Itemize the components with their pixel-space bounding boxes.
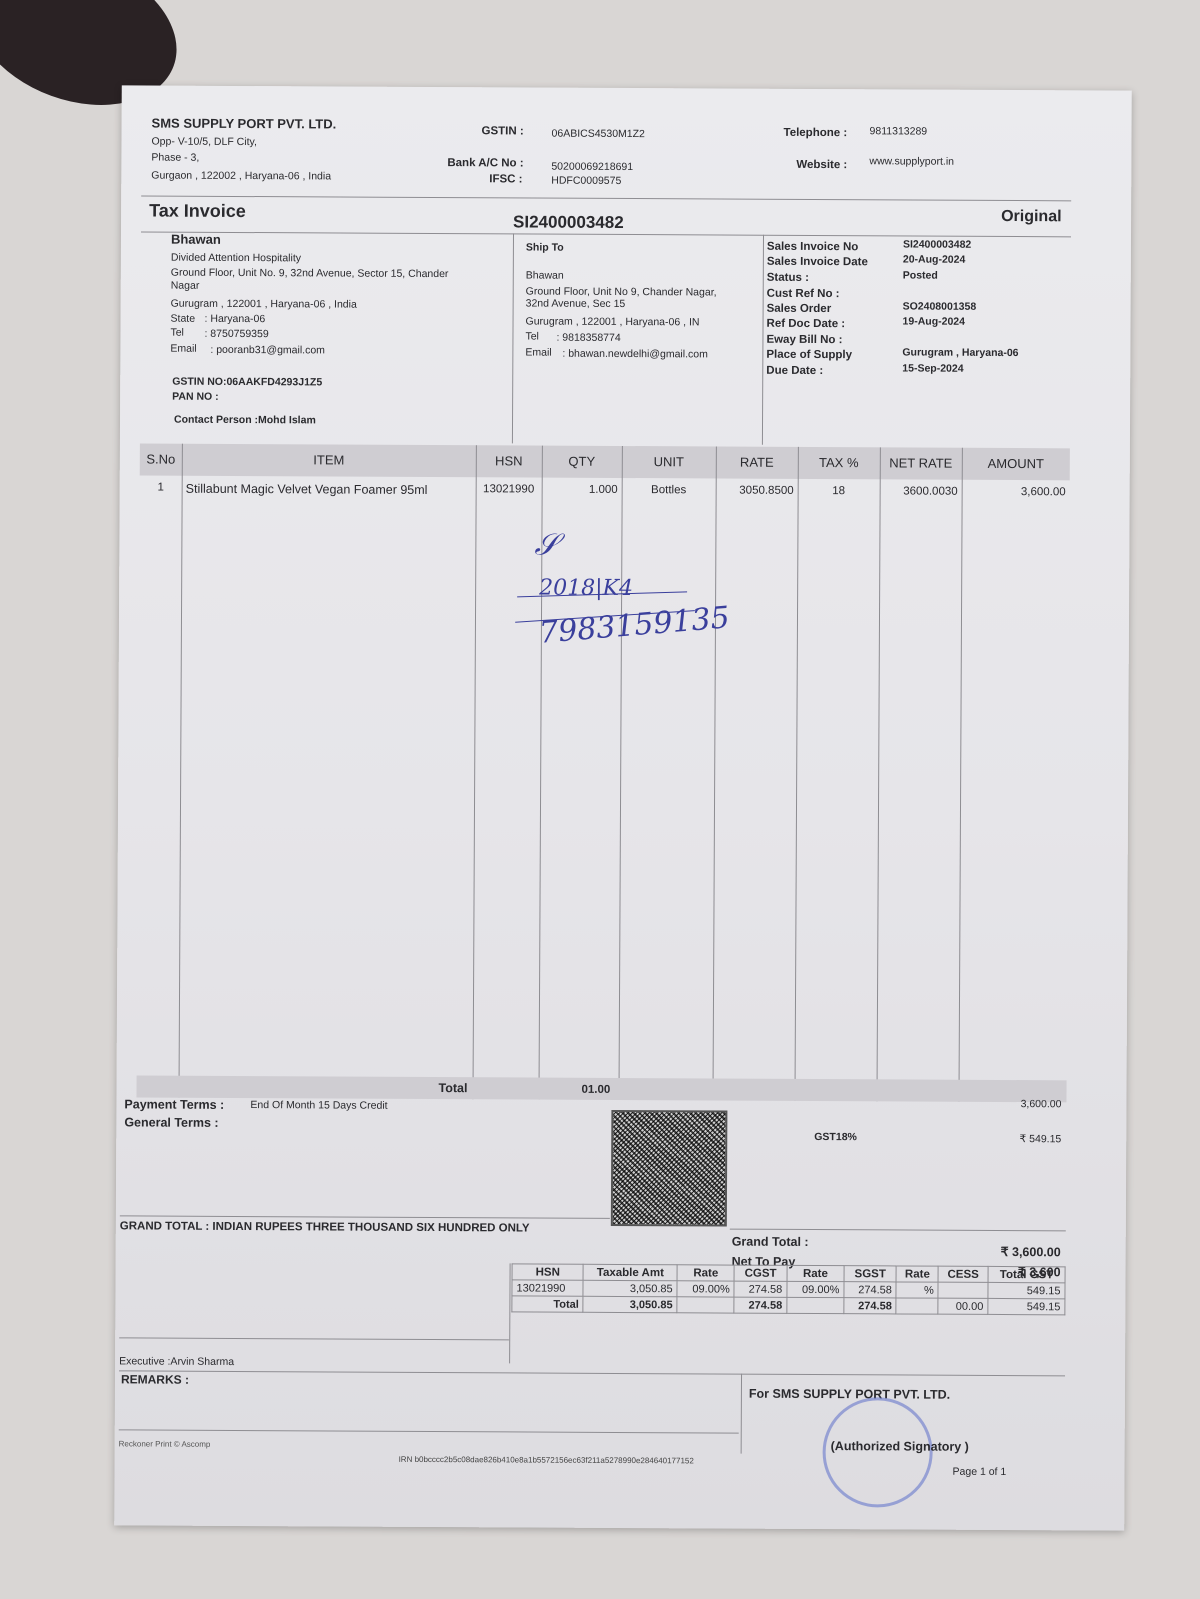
gst-column-header: SGST (844, 1266, 897, 1282)
gst-amount: ₹ 549.15 (966, 1133, 1061, 1145)
bill-to-line-3: Nagar (171, 280, 200, 292)
column-header: QTY (542, 454, 622, 469)
bill-to-state: : Haryana-06 (205, 313, 266, 325)
gst-cell: 3,050.85 (583, 1280, 677, 1296)
seller-website: www.supplyport.in (869, 155, 954, 167)
bill-to-pan: PAN NO : (172, 391, 219, 403)
gst-total-cell (896, 1298, 938, 1314)
website-label: Website : (796, 159, 847, 171)
ship-to-email: : bhawan.newdelhi@gmail.com (562, 348, 708, 361)
page-number: Page 1 of 1 (952, 1466, 1006, 1478)
seller-gstin: 06ABICS4530M1Z2 (551, 128, 644, 140)
items-body: 1Stillabunt Magic Velvet Vegan Foamer 95… (122, 85, 1132, 90)
software-credit: Reckoner Print © Ascomp (119, 1439, 211, 1448)
gst-cell: 13021990 (512, 1280, 583, 1296)
gst-column-header: Rate (677, 1265, 734, 1281)
handwritten-initials: 𝒮 (534, 528, 557, 563)
seller-address-1: Opp- V-10/5, DLF City, (151, 136, 256, 149)
bill-to-email-label: Email (170, 343, 196, 355)
remarks-label: REMARKS : (121, 1372, 189, 1386)
general-terms-label: General Terms : (124, 1115, 218, 1129)
invoice-number: SI2400003482 (513, 212, 624, 233)
bill-to-tel: : 8750759359 (204, 328, 268, 340)
gst-cell: 274.58 (734, 1281, 787, 1297)
ship-to-tel-label: Tel (525, 330, 539, 342)
bill-to-email: : pooranb31@gmail.com (210, 344, 325, 357)
meta-label: Sales Order (767, 303, 832, 315)
bill-to-line-1: Divided Attention Hospitality (171, 252, 301, 265)
table-cell: Stillabunt Magic Velvet Vegan Foamer 95m… (186, 482, 472, 497)
qr-code (611, 1110, 728, 1227)
gst-total-cell: 549.15 (988, 1298, 1065, 1314)
meta-value: SI2400003482 (903, 238, 971, 250)
column-header: RATE (716, 454, 798, 469)
ship-to-line-2: 32nd Avenue, Sec 15 (526, 297, 626, 310)
seller-address-2: Phase - 3, (151, 152, 199, 164)
gst-column-header: Taxable Amt (583, 1264, 677, 1280)
gst-cell: 549.15 (988, 1282, 1065, 1298)
payment-terms-value: End Of Month 15 Days Credit (250, 1099, 387, 1112)
gst-total-cell: 274.58 (734, 1297, 787, 1313)
ifsc-label: IFSC : (489, 173, 522, 185)
meta-label: Due Date : (766, 365, 823, 377)
meta-value: 20-Aug-2024 (903, 253, 966, 265)
seller-name: SMS SUPPLY PORT PVT. LTD. (152, 116, 337, 132)
table-cell: 1.000 (546, 484, 618, 496)
gst-cell: % (896, 1282, 938, 1298)
bill-to-line-4: Gurugram , 122001 , Haryana-06 , India (171, 298, 357, 311)
handwritten-code: 2018|K4 (539, 576, 633, 601)
handwritten-phone: 7983159135 (538, 600, 731, 651)
table-cell: 18 (802, 485, 876, 497)
irn-number: IRN b0bcccc2b5c08dae826b410e8a1b5572156e… (399, 1455, 694, 1466)
table-cell: 3050.8500 (720, 485, 794, 497)
meta-label: Status : (767, 272, 809, 284)
bill-to-tel-label: Tel (170, 327, 184, 339)
gstin-label: GSTIN : (482, 125, 524, 137)
meta-value: 15-Sep-2024 (902, 362, 963, 374)
executive-name: Executive :Arvin Sharma (119, 1355, 234, 1368)
gst-total-cell: 274.58 (844, 1298, 897, 1314)
gst-cell: 274.58 (844, 1282, 897, 1298)
gst-column-header: Total GST (988, 1266, 1065, 1282)
grand-total-value: ₹ 3,600.00 (936, 1244, 1061, 1260)
meta-label: Ref Doc Date : (767, 318, 846, 330)
grand-total-label: Grand Total : (732, 1235, 809, 1249)
table-cell: 3,600.00 (966, 486, 1066, 499)
column-header: ITEM (182, 452, 476, 469)
table-cell: 13021990 (480, 483, 538, 495)
gst-cell (938, 1282, 988, 1298)
meta-label: Sales Invoice No (767, 241, 858, 253)
gst-total-cell (787, 1297, 844, 1313)
payment-terms-label: Payment Terms : (124, 1097, 224, 1112)
for-company: For SMS SUPPLY PORT PVT. LTD. (749, 1387, 950, 1402)
total-label: Total (438, 1081, 467, 1095)
authorized-signatory: (Authorized Signatory ) (831, 1439, 969, 1454)
column-header: AMOUNT (962, 456, 1070, 472)
ship-to-line-3: Gurugram , 122001 , Haryana-06 , IN (526, 315, 700, 328)
ship-to-heading: Ship To (526, 241, 564, 253)
meta-value: SO2408001358 (903, 300, 977, 312)
bank-account: 50200069218691 (551, 161, 633, 173)
grand-total-words: GRAND TOTAL : INDIAN RUPEES THREE THOUSA… (120, 1220, 530, 1234)
gst-total-cell: 3,050.85 (583, 1296, 677, 1312)
meta-value: Posted (903, 269, 938, 281)
document-title: Tax Invoice (149, 201, 246, 223)
total-amount: 3,600.00 (966, 1098, 1061, 1110)
ifsc-code: HDFC0009575 (551, 175, 621, 187)
items-header: S.NoITEMHSNQTYUNITRATETAX %NET RATEAMOUN… (122, 85, 1132, 90)
ship-to-tel: : 9818358774 (556, 332, 620, 344)
telephone-label: Telephone : (784, 127, 848, 139)
meta-value: 19-Aug-2024 (903, 315, 966, 327)
seller-address-3: Gurgaon , 122002 , Haryana-06 , India (151, 170, 331, 183)
gst-column-header: CESS (938, 1266, 988, 1282)
seller-telephone: 9811313289 (870, 125, 928, 137)
bank-label: Bank A/C No : (447, 157, 523, 169)
table-cell: Bottles (626, 484, 712, 496)
column-header: HSN (476, 453, 542, 468)
meta-label: Cust Ref No : (767, 288, 840, 300)
gst-cell: 09.00% (787, 1281, 844, 1297)
bill-to-name: Bhawan (171, 232, 221, 247)
gst-column-header: CGST (734, 1265, 787, 1281)
copy-label: Original (1001, 208, 1062, 226)
ship-to-line-1: Ground Floor, Unit No 9, Chander Nagar, (526, 285, 717, 298)
gst-total-cell: Total (512, 1296, 583, 1312)
gst-column-header: Rate (896, 1266, 938, 1282)
table-cell: 3600.0030 (884, 485, 958, 497)
ship-to-email-label: Email (525, 346, 551, 358)
ship-to-name: Bhawan (526, 269, 564, 281)
column-header: UNIT (622, 454, 716, 469)
meta-value: Gurugram , Haryana-06 (902, 346, 1018, 359)
column-header: TAX % (798, 455, 880, 470)
bill-to-state-label: State (171, 313, 196, 325)
gst-column-header: HSN (512, 1264, 583, 1280)
meta-label: Sales Invoice Date (767, 256, 868, 269)
bill-to-gstin: GSTIN NO:06AAKFD4293J1Z5 (172, 376, 322, 389)
bill-to-line-2: Ground Floor, Unit No. 9, 32nd Avenue, S… (171, 267, 449, 280)
contact-person: Contact Person :Mohd Islam (174, 414, 316, 427)
gst-summary-table: HSNTaxable AmtRateCGSTRateSGSTRateCESSTo… (511, 1263, 1065, 1315)
gst-total-cell: 00.00 (938, 1298, 988, 1314)
meta-label: Eway Bill No : (766, 334, 842, 346)
column-header: S.No (140, 451, 182, 466)
total-qty: 01.00 (581, 1084, 610, 1096)
invoice-meta: Sales Invoice NoSI2400003482Sales Invoic… (122, 85, 1132, 90)
gst-cell: 09.00% (677, 1281, 734, 1297)
invoice-paper: SMS SUPPLY PORT PVT. LTD. Opp- V-10/5, D… (114, 85, 1132, 1530)
gst-column-header: Rate (787, 1265, 844, 1281)
meta-label: Place of Supply (766, 349, 852, 361)
column-header: NET RATE (880, 455, 962, 470)
table-cell: 1 (144, 481, 178, 493)
gst-rate-label: GST18% (814, 1131, 857, 1143)
gst-total-cell (677, 1297, 734, 1313)
